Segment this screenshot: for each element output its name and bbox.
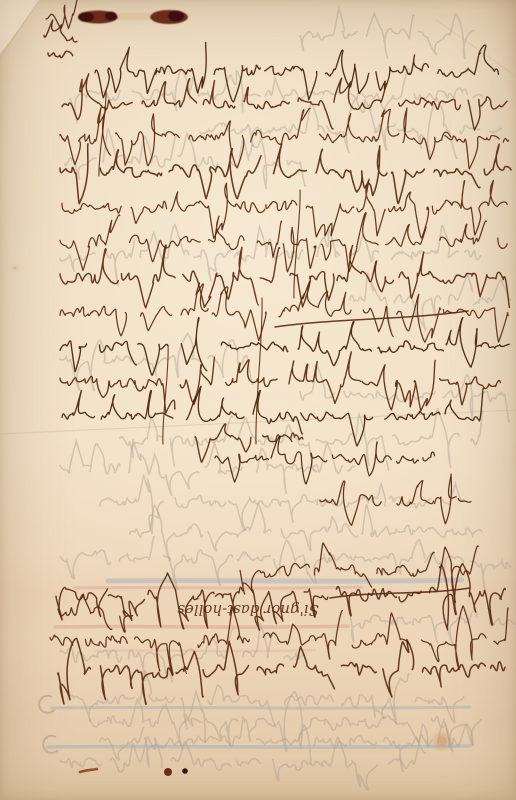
seal-smear [114, 13, 156, 20]
paper-stain-core [14, 267, 17, 270]
showthrough-scrawl-row [130, 504, 482, 561]
ink-dot [164, 768, 172, 776]
pink-offset-line [55, 626, 348, 627]
showthrough-writing [60, 9, 516, 790]
crease-lines [0, 0, 516, 434]
pink-offset-line [75, 587, 362, 588]
blue-offset-line [48, 746, 470, 747]
wax-seal-core [168, 11, 184, 22]
blue-offset-line [108, 580, 462, 581]
fold-crease [0, 410, 516, 434]
wax-seal-core [78, 12, 94, 22]
handwriting-layer: Si'gnor dast-holles [0, 0, 516, 800]
scrawl-row [60, 281, 508, 342]
photo-frame: Si'gnor dast-holles [0, 0, 516, 800]
scrawl-row [60, 107, 509, 169]
ink-dot [182, 768, 188, 774]
showthrough-scrawl-row [470, 561, 511, 597]
wax-seal-core [105, 12, 117, 21]
paper-stain-core [437, 736, 447, 746]
showthrough-scrawl-row [60, 735, 428, 790]
showthrough-scrawl-row [70, 68, 483, 124]
showthrough-scrawl-row [300, 9, 474, 60]
wax-seal-marks [78, 10, 188, 24]
scrawl-row [62, 74, 507, 130]
flourish-stroke [99, 90, 106, 176]
blue-offset-line [52, 707, 470, 708]
ink-dash [80, 769, 97, 772]
annotation-scrawl [48, 51, 73, 57]
pencil-curl [43, 736, 58, 753]
pink-offset-line [95, 650, 315, 651]
annotation-scrawl [44, 20, 77, 42]
scrawl-row [60, 352, 500, 413]
showthrough-scrawl-row [350, 272, 511, 331]
signor-address-word: Si'gnor dast-holles [177, 601, 319, 619]
scrawl-row [60, 144, 511, 204]
pencil-curl [39, 696, 54, 713]
